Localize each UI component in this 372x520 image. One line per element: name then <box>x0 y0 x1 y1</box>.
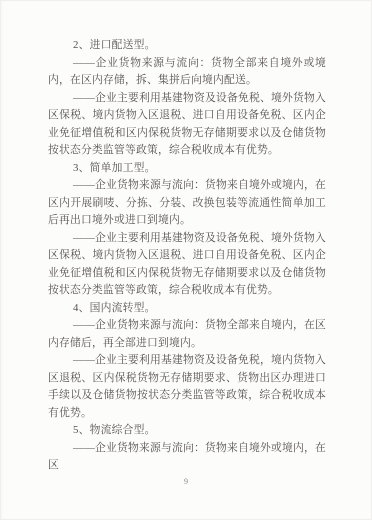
item-4-policy-paragraph: ——企业主要利用基建物资及设备免税，境内货物入区退税、区内保税货物无存储期要求、… <box>48 352 326 422</box>
item-2-heading: 2、进口配送型。 <box>48 37 326 55</box>
item-3-flow-paragraph: ——企业货物来源与流向：货物来自境外或境内，在区内开展刷唛、分拣、分装、改换包装… <box>48 177 326 230</box>
item-2-flow-paragraph: ——企业货物来源与流向：货物全部来自境外或境内，在区内存储，拆、集拼后向境内配送… <box>48 55 326 90</box>
document-page: 2、进口配送型。 ——企业货物来源与流向：货物全部来自境外或境内，在区内存储，拆… <box>0 0 372 520</box>
item-3-policy-paragraph: ——企业主要利用基建物资及设备免税、境外货物入区保税、境内货物入区退税、进口自用… <box>48 230 326 300</box>
item-3-heading: 3、简单加工型。 <box>48 160 326 178</box>
item-5-heading: 5、物流综合型。 <box>48 422 326 440</box>
item-4-heading: 4、国内流转型。 <box>48 300 326 318</box>
item-5-flow-paragraph: ——企业货物来源与流向：货物来自境外或境内，在区 <box>48 440 326 475</box>
page-number: 9 <box>0 477 372 486</box>
item-4-flow-paragraph: ——企业货物来源与流向：货物全部来自境内，在区内存储后，再全部进口到境内。 <box>48 317 326 352</box>
item-2-policy-paragraph: ——企业主要利用基建物资及设备免税、境外货物入区保税、境内货物入区退税、进口自用… <box>48 90 326 160</box>
document-body: 2、进口配送型。 ——企业货物来源与流向：货物全部来自境外或境内，在区内存储，拆… <box>48 37 326 475</box>
